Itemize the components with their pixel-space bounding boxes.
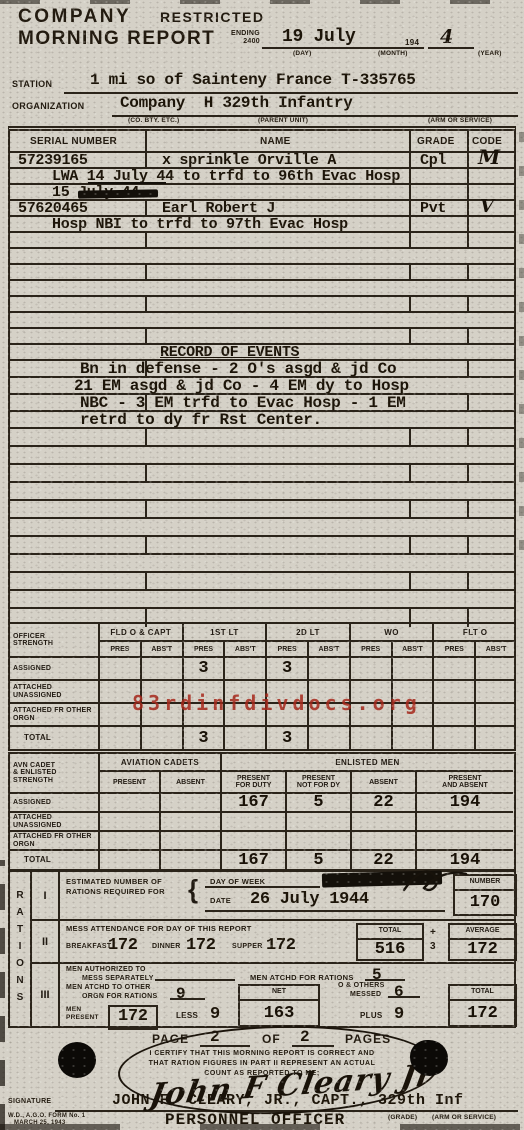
group-aviation-cadets: AVIATION CADETS: [98, 754, 220, 770]
net-label: NET: [240, 986, 318, 1001]
ending-time-label: 2400: [228, 38, 260, 45]
mess-average-value: 172: [450, 940, 515, 959]
org-parent-caption: (PARENT UNIT): [258, 117, 308, 124]
strength-cell: [415, 811, 513, 830]
plus-value: 9: [394, 1005, 404, 1024]
ruled-row: [10, 591, 514, 609]
subcol-line: PRESENT: [448, 775, 481, 782]
scan-edge-right: [519, 130, 524, 550]
roman-numeral-ii: II: [32, 921, 60, 962]
punch-hole-right: [410, 1040, 448, 1076]
mess-total-label: TOTAL: [358, 925, 422, 940]
subcol-pres: PRES: [182, 640, 224, 656]
ruled-row: [10, 465, 514, 483]
event-row: NBC - 3 EM trfd to Evac Hosp - 1 EM: [10, 395, 514, 412]
strength-cell: [349, 725, 391, 749]
watermark-text: 83rdinfdivdocs.org: [132, 691, 421, 715]
strength-cell: [223, 725, 265, 749]
subcol-pres: PRES: [349, 640, 391, 656]
group-fldo-capt: FLD O & CAPT: [98, 624, 182, 640]
strength-cell: [220, 811, 285, 830]
roster-row-entry: 57239165 x sprinkle Orville A Cpl M: [10, 153, 514, 169]
atchd-other-label-2: ORGN FOR RATIONS: [82, 993, 157, 1000]
group-wo: WO: [349, 624, 433, 640]
signature-label: SIGNATURE: [8, 1098, 51, 1105]
men-atchd-rations-label: MEN ATCHD FOR RATIONS: [250, 973, 354, 982]
grade-caption: (GRADE): [388, 1114, 417, 1121]
strength-cell: [159, 849, 220, 869]
officer-strength-title: OFFICER STRENGTH: [10, 624, 98, 656]
ruled-row: [10, 297, 514, 313]
atchd-other-label-1: MEN ATCHD TO OTHER: [66, 984, 151, 991]
men-present-label-2: PRESENT: [66, 1014, 99, 1021]
officer-strength-table: OFFICER STRENGTH FLD O & CAPT 1ST LT 2D …: [8, 622, 516, 751]
ruled-row: [10, 233, 514, 249]
col-serial-number: SERIAL NUMBER: [30, 131, 117, 153]
event-row: 21 EM asgd & jd Co - 4 EM dy to Hosp: [10, 378, 514, 395]
arm-caption: (ARM OR SERVICE): [432, 1114, 496, 1121]
officers-assigned-1lt-pres: 3: [182, 656, 224, 679]
subcol-line: FOR DUTY: [236, 782, 272, 789]
roman-numeral-iii: III: [32, 964, 60, 1026]
morning-report-scan: COMPANY RESTRICTED MORNING REPORT ENDING…: [0, 0, 524, 1130]
row-label-total: TOTAL: [10, 849, 98, 869]
atchd-other-value: 9: [176, 985, 185, 1003]
roster-row-remark: Hosp NBI to trfd to 97th Evac Hosp: [10, 217, 514, 233]
avn-title-1: AVN CADET: [13, 762, 55, 770]
name-value: x sprinkle Orville A: [162, 153, 336, 169]
rations-side-label: RATIONS: [10, 872, 32, 1026]
strength-cell: [415, 830, 513, 849]
group-enlisted-men: ENLISTED MEN: [220, 754, 513, 770]
subcol-abst: ABS'T: [474, 640, 516, 656]
month-caption: (MONTH): [378, 50, 408, 57]
enlisted-total-present-not-for-duty: 5: [285, 849, 350, 869]
subcol-present-and-absent: PRESENT AND ABSENT: [415, 770, 513, 792]
ruled-row: [10, 265, 514, 281]
group-flt-o: FLT O: [432, 624, 516, 640]
strength-cell: [140, 656, 182, 679]
events-title-row: RECORD OF EVENTS: [10, 345, 514, 361]
avn-title-2: & ENLISTED: [13, 769, 57, 777]
subcol-absent: ABSENT: [350, 770, 415, 792]
handwritten-squiggle: [400, 866, 470, 896]
subcol-line: PRESENT: [302, 775, 335, 782]
enlisted-strength-table: AVN CADET & ENLISTED STRENGTH AVIATION C…: [8, 752, 516, 871]
strength-cell: [98, 849, 159, 869]
avn-title-3: STRENGTH: [13, 777, 53, 785]
day-of-week-label: DAY OF WEEK: [210, 877, 265, 886]
event-line: 21 EM asgd & jd Co - 4 EM dy to Hosp: [74, 378, 409, 395]
mess-average-label: AVERAGE: [450, 925, 515, 940]
strength-cell: [474, 656, 516, 679]
row-label-assigned: ASSIGNED: [10, 792, 98, 811]
estimated-label-2: RATIONS REQUIRED FOR: [66, 887, 165, 896]
row-label-attached-unassigned: ATTACHED UNASSIGNED: [10, 679, 98, 702]
code-handwritten-value: M: [478, 149, 500, 165]
report-date-value: 19 July: [282, 27, 356, 47]
strength-cell: [140, 725, 182, 749]
rations-total-label: TOTAL: [450, 986, 515, 1001]
strength-cell: [98, 830, 159, 849]
rations-total-value: 172: [450, 1001, 515, 1025]
events-title: RECORD OF EVENTS: [160, 345, 299, 361]
rations-section: RATIONS I ESTIMATED NUMBER OF RATIONS RE…: [8, 870, 516, 1028]
dinner-label: DINNER: [152, 943, 181, 950]
ruled-row: [10, 537, 514, 555]
strength-cell: [474, 702, 516, 725]
dinner-value: 172: [186, 936, 216, 955]
ink-strikethrough: [78, 189, 158, 198]
roster-row-entry: 57620465 Earl Robert J Pvt V: [10, 201, 514, 217]
mess-total-box: TOTAL 516: [356, 923, 424, 961]
enlisted-assigned-present-not-for-duty: 5: [285, 792, 350, 811]
breakfast-label: BREAKFAST: [66, 943, 111, 950]
ruled-row: [10, 281, 514, 297]
rations-section-iii: III MEN AUTHORIZED TO MESS SEPARATELY ME…: [32, 962, 514, 1026]
organization-label: ORGANIZATION: [12, 101, 84, 111]
subcol-present-not-for-duty: PRESENT NOT FOR DY: [285, 770, 350, 792]
station-value: 1 mi so of Sainteny France T-335765: [90, 71, 416, 89]
men-present-value: 172: [108, 1005, 158, 1030]
group-1st-lt: 1ST LT: [182, 624, 266, 640]
officers-total-1lt-pres: 3: [182, 725, 224, 749]
strength-cell: [98, 725, 140, 749]
strength-cell: [432, 725, 474, 749]
name-value: Earl Robert J: [162, 201, 275, 217]
enlisted-assigned-present-for-duty: 167: [220, 792, 285, 811]
o-and-others-value: 6: [394, 983, 403, 1001]
scan-edge-left: [0, 860, 5, 1130]
ruled-row: [10, 249, 514, 265]
mess-separately-label-1: MEN AUTHORIZED TO: [66, 966, 146, 973]
roman-numeral-i: I: [32, 872, 60, 919]
group-2d-lt: 2D LT: [265, 624, 349, 640]
net-value: 163: [240, 1001, 318, 1025]
event-line: NBC - 3 EM trfd to Evac Hosp - 1 EM: [80, 395, 406, 412]
mess-separately-label-2: MESS SEPARATELY: [82, 975, 154, 982]
strength-cell: [285, 811, 350, 830]
serial-value: 57239165: [18, 153, 88, 169]
roster-table: SERIAL NUMBER NAME GRADE CODE 57239165 x…: [8, 126, 516, 627]
mess-attendance-label: MESS ATTENDANCE FOR DAY OF THIS REPORT: [66, 924, 252, 933]
form-id-line-1: W.D., A.G.O. FORM No. 1: [8, 1113, 85, 1119]
event-row: Bn in defense - 2 O's asgd & jd Co: [10, 361, 514, 378]
organization-value: Company H 329th Infantry: [120, 94, 353, 112]
year-handwritten-value: 4: [440, 26, 453, 48]
strength-cell: [474, 725, 516, 749]
org-arm-caption: (ARM OR SERVICE): [428, 117, 492, 124]
brace-glyph: {: [188, 874, 198, 905]
rations-total-box: TOTAL 172: [448, 984, 517, 1027]
strength-cell: [285, 830, 350, 849]
strength-cell: [159, 830, 220, 849]
officer-title-1: OFFICER: [13, 633, 45, 641]
strength-cell: [350, 811, 415, 830]
subcol-pres: PRES: [265, 640, 307, 656]
org-unit-caption: (CO. BTY. ETC.): [128, 117, 179, 124]
row-label-total: TOTAL: [10, 725, 98, 749]
rations-section-i: I ESTIMATED NUMBER OF RATIONS REQUIRED F…: [32, 872, 514, 919]
strength-cell: [391, 725, 433, 749]
roster-header-row: SERIAL NUMBER NAME GRADE CODE: [10, 131, 514, 153]
estimated-label-1: ESTIMATED NUMBER OF: [66, 877, 162, 886]
subcol-pres: PRES: [432, 640, 474, 656]
form-title-line1: COMPANY: [18, 6, 131, 28]
supper-value: 172: [266, 936, 296, 955]
less-value: 9: [210, 1005, 220, 1024]
grade-value: Cpl: [420, 153, 446, 169]
divide-sign: +: [430, 927, 436, 938]
ruled-row: [10, 519, 514, 537]
officers-total-2lt-pres: 3: [265, 725, 307, 749]
date-value: 26 July 1944: [250, 890, 369, 909]
subcol-abst: ABS'T: [307, 640, 349, 656]
mess-average-box: AVERAGE 172: [448, 923, 517, 961]
event-line: retrd to dy fr Rst Center.: [80, 412, 322, 429]
ruled-row: [10, 313, 514, 329]
enlisted-assigned-absent: 22: [350, 792, 415, 811]
strength-cell: [474, 679, 516, 702]
enlisted-assigned-present-and-absent: 194: [415, 792, 513, 811]
divide-by-value: 3: [430, 941, 436, 952]
ruled-row: [10, 501, 514, 519]
ruled-row: [10, 429, 514, 447]
officer-title-2: STRENGTH: [13, 640, 53, 648]
form-title-line2: MORNING REPORT: [18, 28, 215, 50]
breakfast-value: 172: [108, 936, 138, 955]
strength-cell: [98, 656, 140, 679]
ruled-row: [10, 483, 514, 501]
strength-cell: [307, 725, 349, 749]
col-name: NAME: [260, 131, 291, 153]
subcol-pres: PRES: [98, 640, 140, 656]
subcol-line: PRESENT: [237, 775, 270, 782]
scan-edge-top: [0, 0, 524, 4]
ending-label: ENDING: [228, 30, 260, 37]
row-label-attached-fr-other: ATTACHED FR OTHER ORGN: [10, 830, 98, 849]
row-label-attached-unassigned: ATTACHED UNASSIGNED: [10, 811, 98, 830]
grade-value: Pvt: [420, 201, 446, 217]
ruled-row: [10, 555, 514, 573]
roster-row-remark: LWA 14 July 44 to trfd to 96th Evac Hosp: [10, 169, 514, 185]
strength-cell: [349, 656, 391, 679]
strength-cell: [98, 792, 159, 811]
subcol-cadets-absent: ABSENT: [159, 770, 220, 792]
year-prefix: 194: [405, 38, 419, 47]
day-caption: (DAY): [293, 50, 311, 57]
date-label: DATE: [210, 896, 231, 905]
o-and-others-label-1: O & OTHERS: [338, 982, 385, 989]
subcol-cadets-present: PRESENT: [98, 770, 159, 792]
strength-cell: [432, 656, 474, 679]
strength-cell: [350, 830, 415, 849]
year-caption: (YEAR): [478, 50, 502, 57]
roster-row-remark: 15 July 44: [10, 185, 514, 201]
strength-cell: [432, 679, 474, 702]
enlisted-strength-title: AVN CADET & ENLISTED STRENGTH: [10, 754, 98, 792]
enlisted-total-present-for-duty: 167: [220, 849, 285, 869]
subcol-abst: ABS'T: [223, 640, 265, 656]
ruled-row: [10, 329, 514, 345]
col-grade: GRADE: [417, 131, 455, 153]
plus-label: PLUS: [360, 1011, 383, 1020]
subcol-line: NOT FOR DY: [297, 782, 340, 789]
rations-section-ii: II MESS ATTENDANCE FOR DAY OF THIS REPOR…: [32, 919, 514, 962]
code-handwritten-value: V: [480, 199, 494, 215]
serial-value: 57620465: [18, 201, 88, 217]
scan-edge-bottom: [0, 1124, 524, 1130]
subcol-abst: ABS'T: [140, 640, 182, 656]
strength-cell: [307, 656, 349, 679]
supper-label: SUPPER: [232, 943, 263, 950]
subcol-present-for-duty: PRESENT FOR DUTY: [220, 770, 285, 792]
strength-cell: [220, 830, 285, 849]
strength-cell: [98, 811, 159, 830]
subcol-line: AND ABSENT: [442, 782, 488, 789]
strength-cell: [159, 792, 220, 811]
men-present-label-1: MEN: [66, 1006, 81, 1013]
row-label-assigned: ASSIGNED: [10, 656, 98, 679]
station-label: STATION: [12, 79, 52, 89]
o-and-others-label-2: MESSED: [350, 991, 381, 998]
strength-cell: [432, 702, 474, 725]
event-line: Bn in defense - 2 O's asgd & jd Co: [80, 361, 396, 378]
event-row: retrd to dy fr Rst Center.: [10, 412, 514, 429]
remark-value: Hosp NBI to trfd to 97th Evac Hosp: [52, 217, 348, 233]
row-label-attached-fr-other: ATTACHED FR OTHER ORGN: [10, 702, 98, 725]
less-label: LESS: [176, 1011, 198, 1020]
strength-cell: [223, 656, 265, 679]
punch-hole-left: [58, 1042, 96, 1078]
ruled-row: [10, 573, 514, 591]
officers-assigned-2lt-pres: 3: [265, 656, 307, 679]
subcol-abst: ABS'T: [391, 640, 433, 656]
net-box: NET 163: [238, 984, 320, 1027]
strength-cell: [391, 656, 433, 679]
ruled-row: [10, 447, 514, 465]
strength-cell: [159, 811, 220, 830]
classification-stamp: RESTRICTED: [160, 9, 264, 25]
mess-total-value: 516: [358, 940, 422, 959]
